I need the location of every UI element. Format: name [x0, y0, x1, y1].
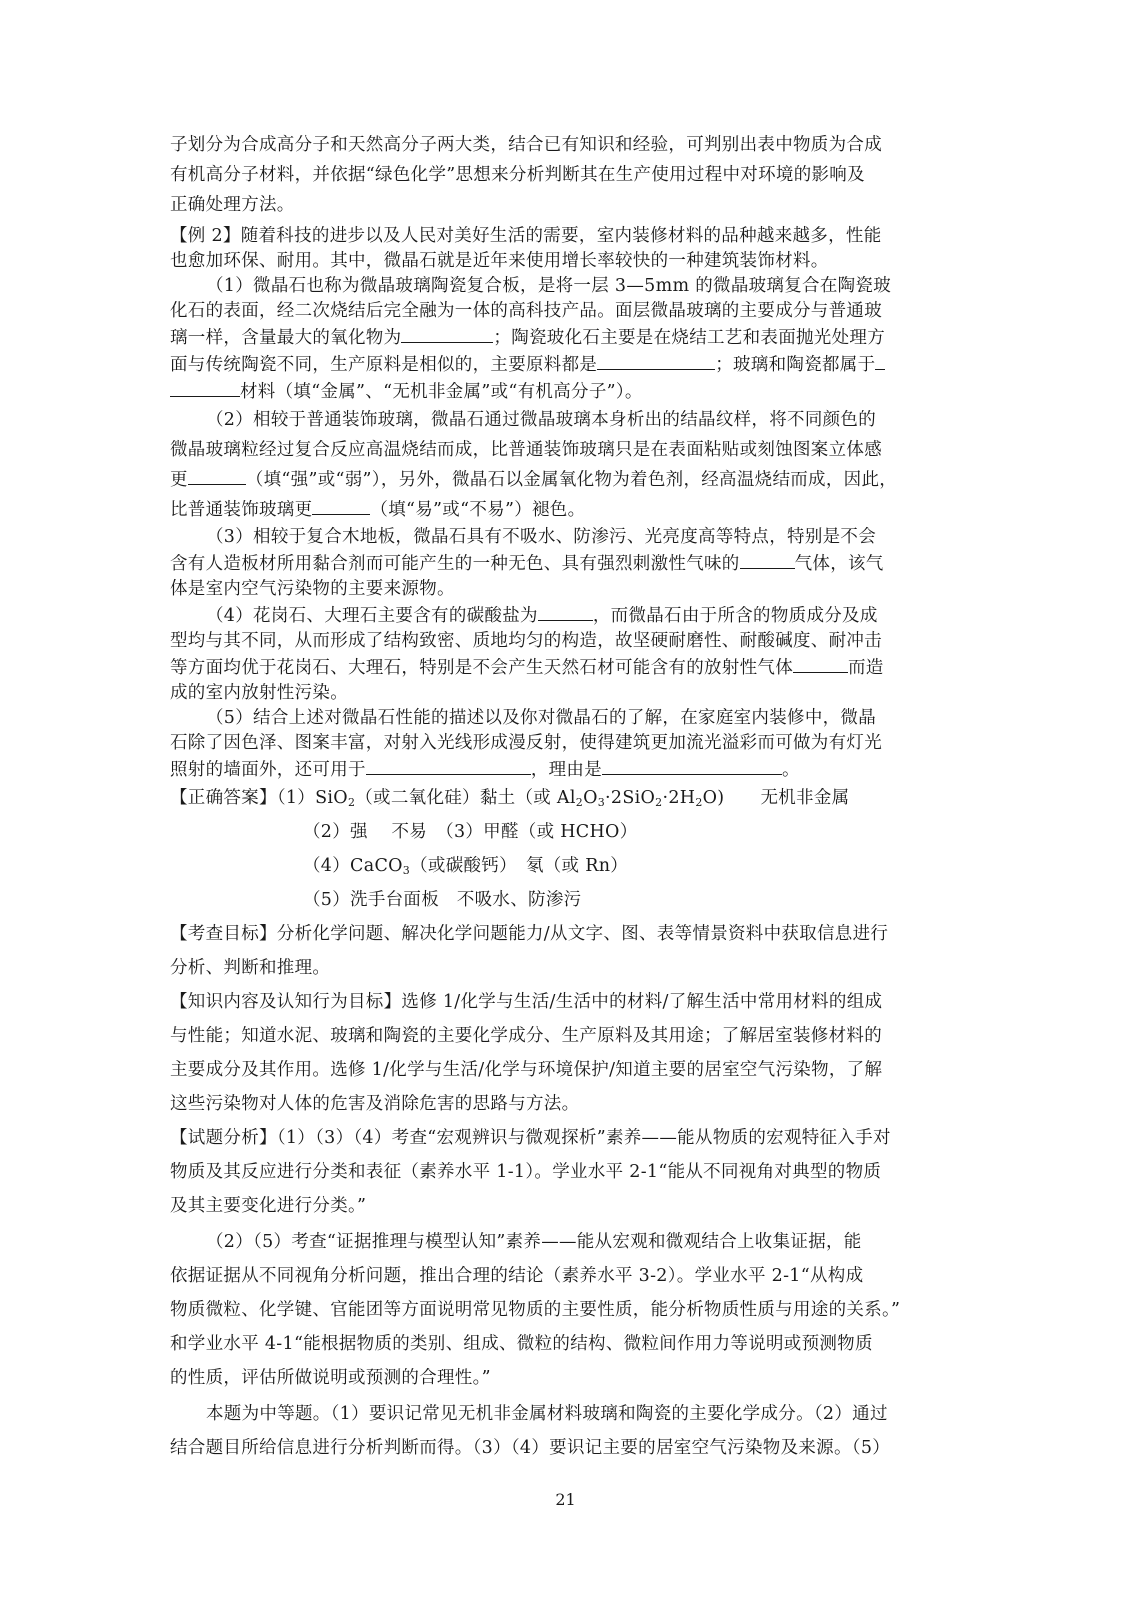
page-number: 21: [0, 1490, 1131, 1509]
text-line: 分析、判断和推理。: [170, 953, 960, 983]
answer-line-5: （5）洗手台面板 不吸水、防渗污: [170, 885, 960, 915]
text: （4）花岗石、大理石主要含有的碳酸盐为: [206, 606, 538, 626]
text-line: （4）花岗石、大理石主要含有的碳酸盐为，而微晶石由于所含的物质成分及成: [170, 602, 960, 629]
text: 照射的墙面外，还可用于: [170, 760, 366, 780]
subscript: 3: [598, 796, 605, 809]
intro-paragraph: 子划分为合成高分子和天然高分子两大类，结合已有知识和经验，可判别出表中物质为合成…: [170, 130, 960, 220]
text-line: 等方面均优于花岗石、大理石，特别是不会产生天然石材可能含有的放射性气体而造: [170, 654, 960, 681]
subscript: 2: [576, 796, 583, 809]
goal-tag: 【考查目标】: [170, 924, 277, 944]
text-line: 依据证据从不同视角分析问题，推出合理的结论（素养水平 3-2）。学业水平 2-1…: [170, 1261, 960, 1291]
answer-line-2: （2）强 不易 （3）甲醛（或 HCHO）: [170, 817, 960, 847]
answer-blank[interactable]: [875, 351, 885, 370]
answer-blank-continued[interactable]: [170, 378, 240, 397]
text-line: （2）相较于普通装饰玻璃，微晶石通过微晶玻璃本身析出的结晶纹样，将不同颜色的: [170, 405, 960, 435]
answer-line-4: （4）CaCO3（或碳酸钙） 氡（或 Rn）: [170, 851, 960, 881]
text-line: 物质及其反应进行分类和表征（素养水平 1-1）。学业水平 2-1“能从不同视角对…: [170, 1157, 960, 1187]
text-line: 结合题目所给信息进行分析判断而得。（3）（4）要识记主要的居室空气污染物及来源。…: [170, 1433, 960, 1463]
text-line: 更（填“强”或“弱”），另外，微晶石以金属氧化物为着色剂，经高温烧结而成，因此，: [170, 465, 960, 495]
document-page: 子划分为合成高分子和天然高分子两大类，结合已有知识和经验，可判别出表中物质为合成…: [170, 130, 960, 1463]
text-line: 微晶玻璃粒经过复合反应高温烧结而成，比普通装饰玻璃只是在表面粘贴或刻蚀图案立体感: [170, 435, 960, 465]
question-5: （5）结合上述对微晶石性能的描述以及你对微晶石的了解，在家庭室内装修中，微晶 石…: [170, 706, 960, 783]
text: 更: [170, 470, 188, 490]
text: （1）（3）（4）考查“宏观辨识与微观探析”素养——能从物质的宏观特征入手对: [277, 1128, 891, 1148]
text: 等方面均优于花岗石、大理石，特别是不会产生天然石材可能含有的放射性气体: [170, 658, 793, 678]
text: （1）SiO: [277, 788, 348, 808]
text-line: 化石的表面，经二次烧结后完全融为一体的高科技产品。面层微晶玻璃的主要成分与普通玻: [170, 299, 960, 324]
text: 材料（填“金属”、“无机非金属”或“有机高分子”）。: [240, 382, 643, 402]
subscript: 2: [695, 796, 702, 809]
text: 选修 1/化学与生活/生活中的材料/了解生活中常用材料的组成: [401, 992, 882, 1012]
knowledge-section: 【知识内容及认知行为目标】选修 1/化学与生活/生活中的材料/了解生活中常用材料…: [170, 987, 960, 1119]
text: ；陶瓷玻化石主要是在烧结工艺和表面抛光处理方: [493, 328, 885, 348]
text: ·2SiO: [605, 788, 655, 808]
text: ；玻璃和陶瓷都属于: [715, 355, 875, 375]
text-line: 【试题分析】（1）（3）（4）考查“宏观辨识与微观探析”素养——能从物质的宏观特…: [170, 1123, 960, 1153]
answer-blank[interactable]: [188, 466, 246, 485]
text-line: 型均与其不同，从而形成了结构致密、质地均匀的构造，故坚硬耐磨性、耐酸碱度、耐冲击: [170, 629, 960, 654]
question-1: （1）微晶石也称为微晶玻璃陶瓷复合板，是将一层 3—5mm 的微晶玻璃复合在陶瓷…: [170, 274, 960, 405]
correct-answer-section: 【正确答案】（1）SiO2（或二氧化硅）黏土（或 Al2O3·2SiO2·2H2…: [170, 783, 960, 915]
text-line: 【考查目标】分析化学问题、解决化学问题能力/从文字、图、表等情景资料中获取信息进…: [170, 919, 960, 949]
text-line: （1）微晶石也称为微晶玻璃陶瓷复合板，是将一层 3—5mm 的微晶玻璃复合在陶瓷…: [170, 274, 960, 299]
text-line: （5）结合上述对微晶石性能的描述以及你对微晶石的了解，在家庭室内装修中，微晶: [170, 706, 960, 731]
text-line: （3）相较于复合木地板，微晶石具有不吸水、防渗污、光亮度高等特点，特别是不会: [170, 525, 960, 550]
text-line: 璃一样，含量最大的氧化物为；陶瓷玻化石主要是在烧结工艺和表面抛光处理方: [170, 324, 960, 351]
text-line: 含有人造板材所用黏合剂而可能产生的一种无色、具有强烈刺激性气味的气体，该气: [170, 550, 960, 577]
knowledge-tag: 【知识内容及认知行为目标】: [170, 992, 401, 1012]
goal-section: 【考查目标】分析化学问题、解决化学问题能力/从文字、图、表等情景资料中获取信息进…: [170, 919, 960, 983]
text-line: 这些污染物对人体的危害及消除危害的思路与方法。: [170, 1089, 960, 1119]
text-line: 物质微粒、化学键、官能团等方面说明常见物质的主要性质，能分析物质性质与用途的关系…: [170, 1295, 960, 1325]
text-line: 石除了因色泽、图案丰富，对射入光线形成漫反射，使得建筑更加流光溢彩而可做为有灯光: [170, 731, 960, 756]
answer-line-1: 【正确答案】（1）SiO2（或二氧化硅）黏土（或 Al2O3·2SiO2·2H2…: [170, 783, 960, 813]
text-line: 主要成分及其作用。选修 1/化学与生活/化学与环境保护/知道主要的居室空气污染物…: [170, 1055, 960, 1085]
text: （或二氧化硅）黏土（或 Al: [355, 788, 576, 808]
text: 含有人造板材所用黏合剂而可能产生的一种无色、具有强烈刺激性气味的: [170, 554, 740, 574]
text: 璃一样，含量最大的氧化物为: [170, 328, 401, 348]
text-line: 【知识内容及认知行为目标】选修 1/化学与生活/生活中的材料/了解生活中常用材料…: [170, 987, 960, 1017]
text: 比普通装饰玻璃更: [170, 500, 312, 520]
text-line: 成的室内放射性污染。: [170, 681, 960, 706]
text: ，而微晶石由于所含的物质成分及成: [593, 606, 878, 626]
text-line: 正确处理方法。: [170, 190, 960, 220]
text-line: 体是室内空气污染物的主要来源物。: [170, 577, 960, 602]
text-line: 有机高分子材料，并依据“绿色化学”思想来分析判断其在生产使用过程中对环境的影响及: [170, 160, 960, 190]
answer-blank[interactable]: [366, 756, 531, 775]
text: 无机非金属: [760, 788, 849, 808]
answer-blank[interactable]: [597, 351, 715, 370]
text: （或碳酸钙） 氡（或 Rn）: [410, 856, 628, 876]
text-line: 子划分为合成高分子和天然高分子两大类，结合已有知识和经验，可判别出表中物质为合成: [170, 130, 960, 160]
text-line: 本题为中等题。（1）要识记常见无机非金属材料玻璃和陶瓷的主要化学成分。（2）通过: [170, 1399, 960, 1429]
analysis-tag: 【试题分析】: [170, 1128, 277, 1148]
example-2: 【例 2】随着科技的进步以及人民对美好生活的需要，室内装修材料的品种越来越多，性…: [170, 224, 960, 274]
text-line: 的性质，评估所做说明或预测的合理性。”: [170, 1363, 960, 1393]
text: （填“易”或“不易”）褪色。: [370, 500, 585, 520]
text: O: [583, 788, 598, 808]
text: （4）CaCO: [303, 856, 403, 876]
text: O): [703, 788, 725, 808]
text: 随着科技的进步以及人民对美好生活的需要，室内装修材料的品种越来越多，性能: [241, 226, 882, 246]
text-line: 面与传统陶瓷不同，生产原料是相似的，主要原料都是；玻璃和陶瓷都属于: [170, 351, 960, 378]
text: ，理由是: [531, 760, 602, 780]
text-line: （2）（5）考查“证据推理与模型认知”素养——能从宏观和微观结合上收集证据，能: [170, 1227, 960, 1257]
text-line: 材料（填“金属”、“无机非金属”或“有机高分子”）。: [170, 378, 960, 405]
answer-blank[interactable]: [740, 550, 795, 569]
text: 气体，该气: [795, 554, 884, 574]
text-line: 比普通装饰玻璃更（填“易”或“不易”）褪色。: [170, 495, 960, 525]
analysis-section: 【试题分析】（1）（3）（4）考查“宏观辨识与微观探析”素养——能从物质的宏观特…: [170, 1123, 960, 1463]
text-line: 和学业水平 4-1“能根据物质的类别、组成、微粒的结构、微粒间作用力等说明或预测…: [170, 1329, 960, 1359]
answer-blank[interactable]: [401, 324, 493, 343]
text-line: 照射的墙面外，还可用于，理由是。: [170, 756, 960, 783]
answer-blank[interactable]: [602, 756, 782, 775]
text: 而造: [848, 658, 884, 678]
answer-blank[interactable]: [312, 496, 370, 515]
question-4: （4）花岗石、大理石主要含有的碳酸盐为，而微晶石由于所含的物质成分及成 型均与其…: [170, 602, 960, 706]
text: ·2H: [662, 788, 695, 808]
text: 分析化学问题、解决化学问题能力/从文字、图、表等情景资料中获取信息进行: [277, 924, 888, 944]
text: 面与传统陶瓷不同，生产原料是相似的，主要原料都是: [170, 355, 597, 375]
text-line: 【例 2】随着科技的进步以及人民对美好生活的需要，室内装修材料的品种越来越多，性…: [170, 224, 960, 249]
answer-blank[interactable]: [793, 654, 848, 673]
text-line: 及其主要变化进行分类。”: [170, 1191, 960, 1221]
subscript: 3: [403, 864, 410, 877]
text: 。: [782, 760, 800, 780]
text-line: 与性能；知道水泥、玻璃和陶瓷的主要化学成分、生产原料及其用途；了解居室装修材料的: [170, 1021, 960, 1051]
answer-tag: 【正确答案】: [170, 788, 277, 808]
answer-blank[interactable]: [538, 602, 593, 621]
example-tag: 【例 2】: [170, 226, 241, 246]
question-3: （3）相较于复合木地板，微晶石具有不吸水、防渗污、光亮度高等特点，特别是不会 含…: [170, 525, 960, 602]
text: （填“强”或“弱”），另外，微晶石以金属氧化物为着色剂，经高温烧结而成，因此，: [246, 470, 897, 490]
question-2: （2）相较于普通装饰玻璃，微晶石通过微晶玻璃本身析出的结晶纹样，将不同颜色的 微…: [170, 405, 960, 525]
text-line: 也愈加环保、耐用。其中，微晶石就是近年来使用增长率较快的一种建筑装饰材料。: [170, 249, 960, 274]
